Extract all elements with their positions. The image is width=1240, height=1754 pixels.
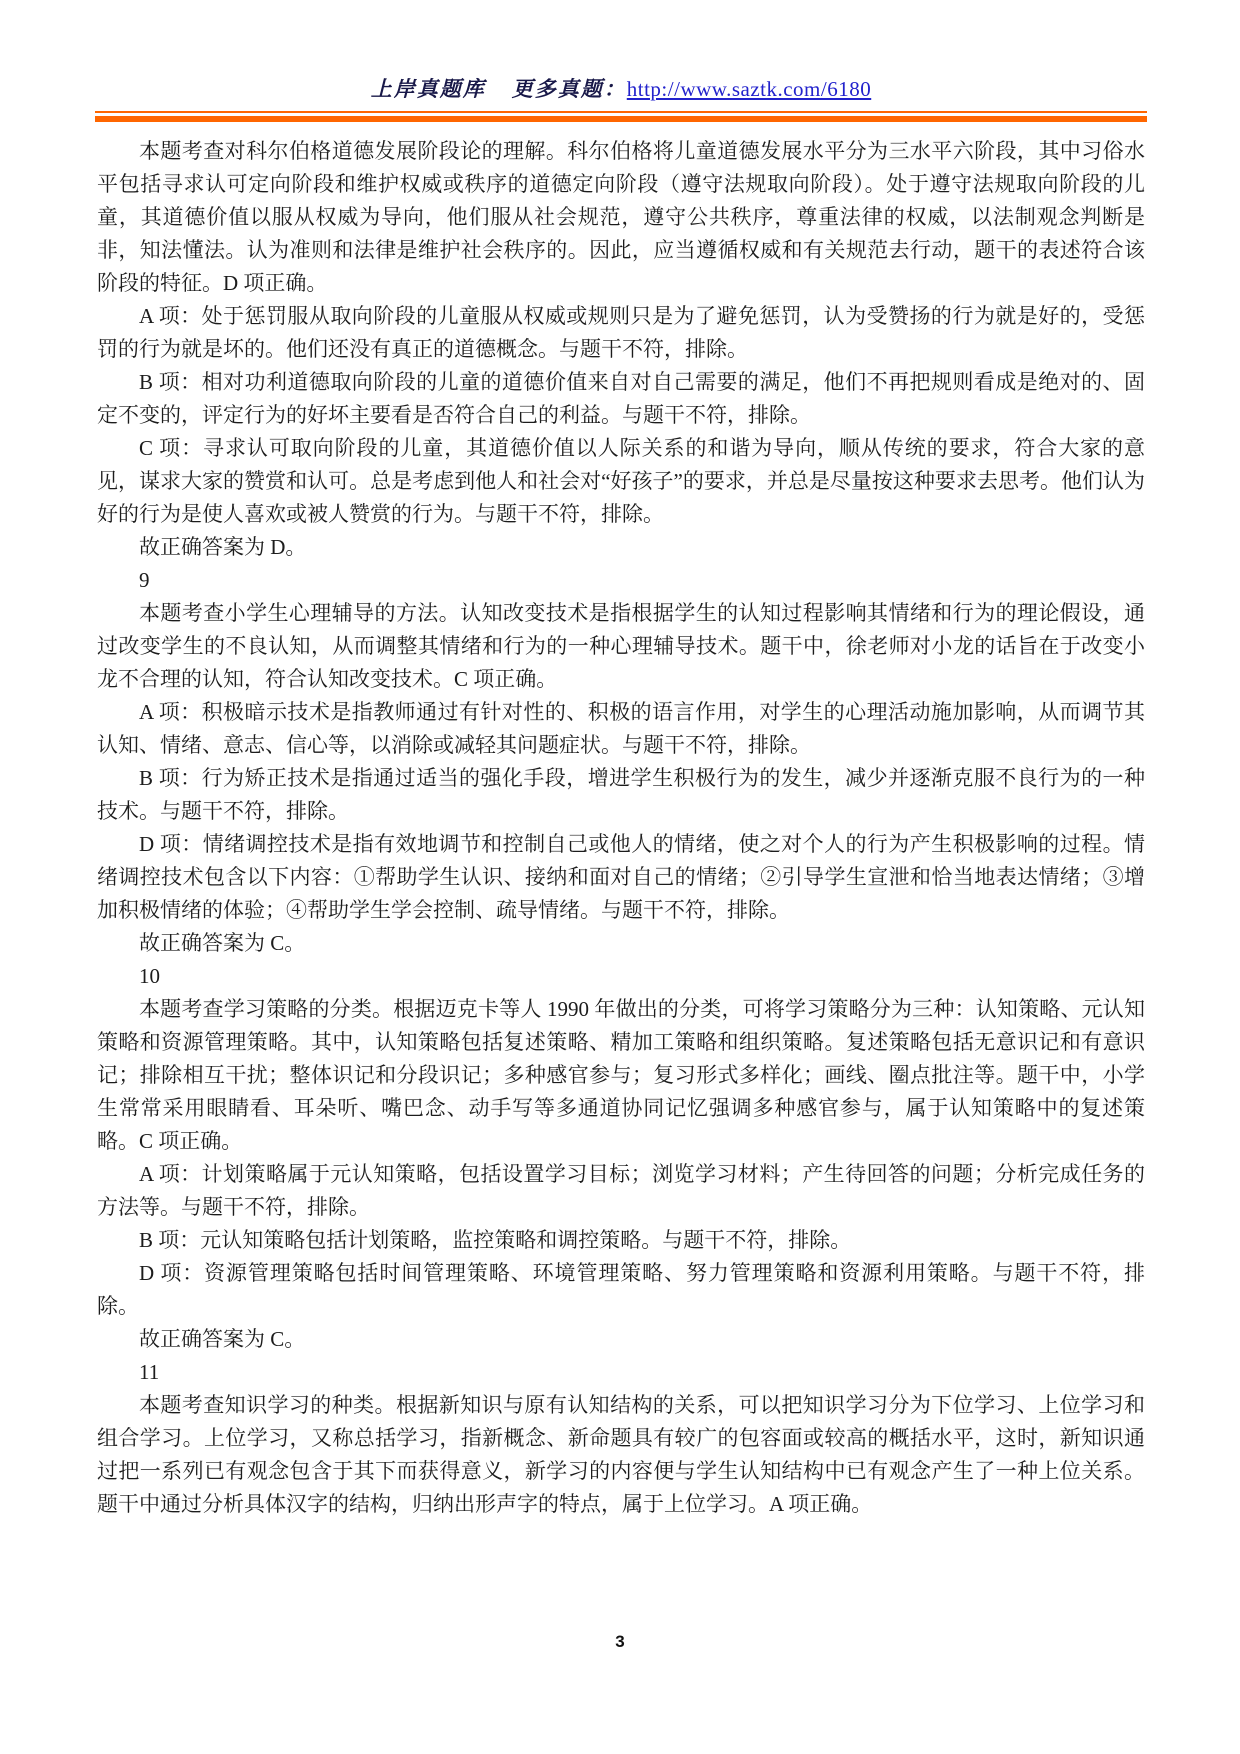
document-page: 上岸真题库更多真题：http://www.saztk.com/6180 本题考查… [0,0,1240,1754]
header-link[interactable]: http://www.saztk.com/6180 [627,77,871,101]
paragraph: C 项：寻求认可取向阶段的儿童，其道德价值以人际关系的和谐为导向，顺从传统的要求… [97,432,1145,531]
paragraph: 本题考查学习策略的分类。根据迈克卡等人 1990 年做出的分类，可将学习策略分为… [97,993,1145,1158]
paragraph: 本题考查对科尔伯格道德发展阶段论的理解。科尔伯格将儿童道德发展水平分为三水平六阶… [97,135,1145,300]
site-brand: 上岸真题库 [371,77,486,101]
question-number: 11 [97,1356,1145,1389]
paragraph: B 项：行为矫正技术是指通过适当的强化手段，增进学生积极行为的发生，减少并逐渐克… [97,762,1145,828]
question-number: 9 [97,564,1145,597]
paragraph: 本题考查知识学习的种类。根据新知识与原有认知结构的关系，可以把知识学习分为下位学… [97,1389,1145,1521]
paragraph: 故正确答案为 C。 [97,927,1145,960]
document-body: 本题考查对科尔伯格道德发展阶段论的理解。科尔伯格将儿童道德发展水平分为三水平六阶… [97,135,1145,1521]
paragraph: D 项：资源管理策略包括时间管理策略、环境管理策略、努力管理策略和资源利用策略。… [97,1257,1145,1323]
paragraph: B 项：相对功利道德取向阶段的儿童的道德价值来自对自己需要的满足，他们不再把规则… [97,366,1145,432]
page-footer: 3 [0,1632,1240,1652]
paragraph: A 项：计划策略属于元认知策略，包括设置学习目标；浏览学习材料；产生待回答的问题… [97,1158,1145,1224]
paragraph: 故正确答案为 D。 [97,531,1145,564]
paragraph: A 项：积极暗示技术是指教师通过有针对性的、积极的语言作用，对学生的心理活动施加… [97,696,1145,762]
paragraph: 本题考查小学生心理辅导的方法。认知改变技术是指根据学生的认知过程影响其情绪和行为… [97,597,1145,696]
question-number: 10 [97,960,1145,993]
header-divider-rule [95,111,1147,122]
paragraph: 故正确答案为 C。 [97,1323,1145,1356]
paragraph: D 项：情绪调控技术是指有效地调节和控制自己或他人的情绪，使之对个人的行为产生积… [97,828,1145,927]
more-questions-label: 更多真题： [512,77,627,101]
page-header: 上岸真题库更多真题：http://www.saztk.com/6180 [95,0,1147,122]
paragraph: A 项：处于惩罚服从取向阶段的儿童服从权威或规则只是为了避免惩罚，认为受赞扬的行… [97,300,1145,366]
paragraph: B 项：元认知策略包括计划策略，监控策略和调控策略。与题干不符，排除。 [97,1224,1145,1257]
page-number: 3 [615,1632,624,1651]
header-text-line: 上岸真题库更多真题：http://www.saztk.com/6180 [95,0,1147,104]
